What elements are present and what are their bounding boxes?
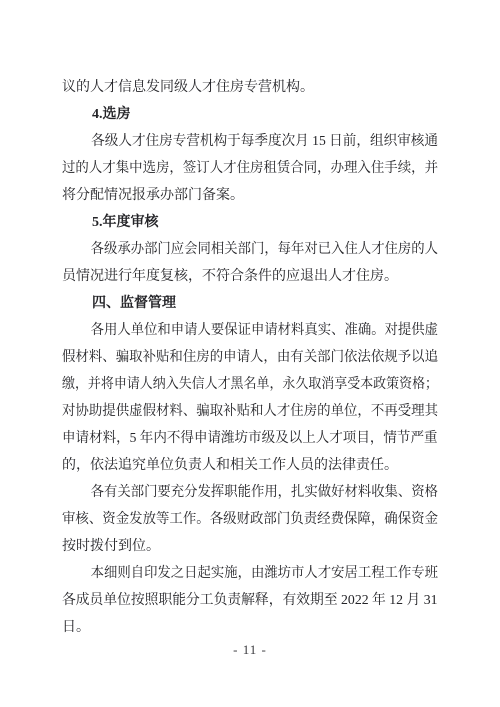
- document-heading-line: 5.年度审核: [62, 209, 438, 236]
- document-text-line: 假材料、骗取补贴和住房的申请人，由有关部门依法依规予以追: [62, 344, 423, 371]
- document-text-line: 过的人才集中选房，签订人才住房租赁合同，办理入住手续，并: [62, 155, 423, 182]
- document-page: 议的人才信息发同级人才住房专营机构。4.选房各级人才住房专营机构于每季度次月 1…: [0, 0, 500, 707]
- document-text-line: 按时拨付到位。: [62, 533, 438, 560]
- document-text-line: 日。: [62, 614, 438, 641]
- document-text-line: 对协助提供虚假材料、骗取补贴和人才住房的单位，不再受理其: [62, 398, 423, 425]
- document-heading-line: 四、监督管理: [62, 290, 438, 317]
- document-text-line: 的，依法追究单位负责人和相关工作人员的法律责任。: [62, 452, 438, 479]
- document-text-line: 各成员单位按照职能分工负责解释，有效期至 2022 年 12 月 31: [62, 587, 432, 614]
- document-text-line: 各有关部门要充分发挥职能作用，扎实做好材料收集、资格: [62, 479, 421, 506]
- document-body: 议的人才信息发同级人才住房专营机构。4.选房各级人才住房专营机构于每季度次月 1…: [62, 74, 438, 641]
- document-text-line: 各用人单位和申请人要保证申请材料真实、准确。对提供虚: [62, 317, 421, 344]
- document-text-line: 各级承办部门应会同相关部门，每年对已入住人才住房的人: [62, 236, 421, 263]
- page-number: - 11 -: [0, 642, 500, 658]
- document-text-line: 缴，并将申请人纳入失信人才黑名单，永久取消享受本政策资格；: [62, 371, 410, 398]
- document-text-line: 议的人才信息发同级人才住房专营机构。: [62, 74, 438, 101]
- document-text-line: 员情况进行年度复核，不符合条件的应退出人才住房。: [62, 263, 438, 290]
- document-text-line: 审核、资金发放等工作。各级财政部门负责经费保障，确保资金: [62, 506, 423, 533]
- document-text-line: 将分配情况报承办部门备案。: [62, 182, 438, 209]
- document-text-line: 各级人才住房专营机构于每季度次月 15 日前，组织审核通: [62, 128, 427, 155]
- document-text-line: 本细则自印发之日起实施，由潍坊市人才安居工程工作专班: [62, 560, 421, 587]
- document-text-line: 申请材料，5 年内不得申请潍坊市级及以上人才项目，情节严重: [62, 425, 425, 452]
- document-heading-line: 4.选房: [62, 101, 438, 128]
